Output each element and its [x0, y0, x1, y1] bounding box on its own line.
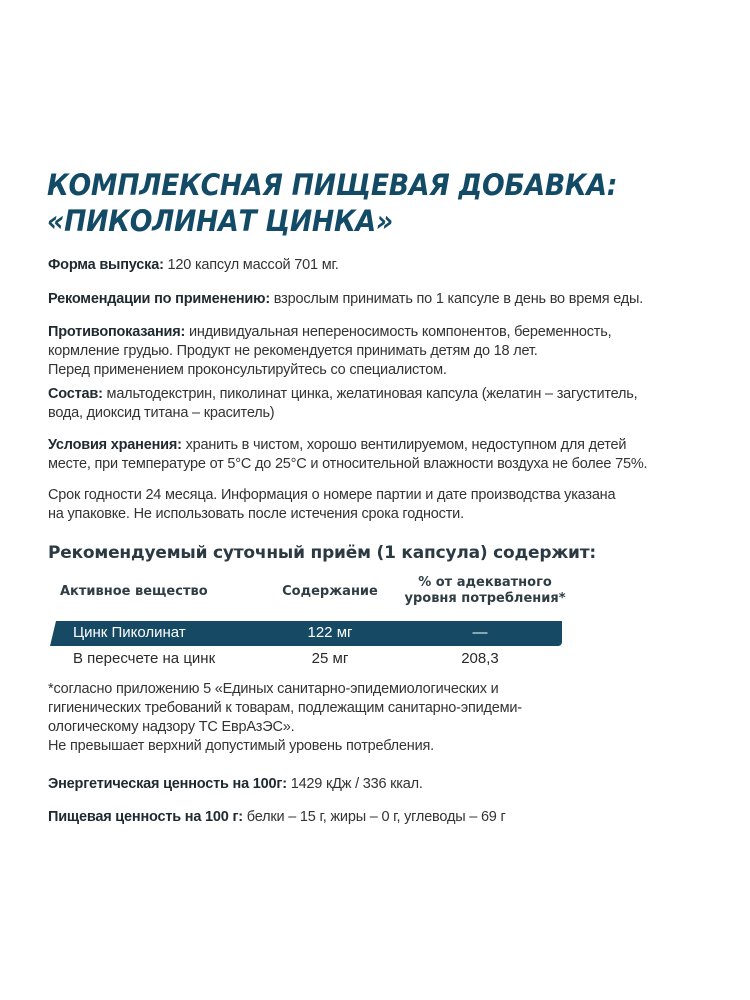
footnote-line-2: гигиенических требований к товарам, подл… [48, 700, 522, 716]
storage-label: Условия хранения: [48, 437, 182, 453]
contraindications-label: Противопоказания: [48, 324, 185, 340]
nutrition-label: Пищевая ценность на 100 г: [48, 809, 243, 825]
contraindications-line-3: Перед применением проконсультируйтесь со… [48, 362, 447, 378]
storage-conditions: Условия хранения: хранить в чистом, хоро… [48, 436, 728, 474]
row-substance: В пересчете на цинк [73, 649, 215, 669]
usage-label: Рекомендации по применению: [48, 291, 270, 307]
storage-line-2: месте, при температуре от 5°С до 25°С и … [48, 456, 647, 472]
row-percent: 208,3 [430, 649, 530, 669]
contraindications-line-1: индивидуальная непереносимость компонент… [185, 324, 611, 340]
energy-label: Энергетическая ценность на 100г: [48, 776, 287, 792]
row-content: 122 мг [270, 623, 390, 643]
shelf-life-line-2: на упаковке. Не использовать после истеч… [48, 506, 464, 522]
storage-line-1: хранить в чистом, хорошо вентилируемом, … [182, 437, 627, 453]
row-substance: Цинк Пиколинат [73, 623, 186, 643]
page-title: КОМПЛЕКСНАЯ ПИЩЕВАЯ ДОБАВКА: «ПИКОЛИНАТ … [47, 167, 617, 239]
composition-line-1: мальтодекстрин, пиколинат цинка, желатин… [103, 386, 638, 402]
column-header-percent-line-1: % от адекватного [418, 575, 552, 590]
contraindications: Противопоказания: индивидуальная неперен… [48, 323, 728, 380]
release-form: Форма выпуска: 120 капсул массой 701 мг. [48, 256, 728, 275]
composition-label: Состав: [48, 386, 103, 402]
contraindications-line-2: кормление грудью. Продукт не рекомендует… [48, 343, 538, 359]
shelf-life: Срок годности 24 месяца. Информация о но… [48, 486, 728, 524]
column-header-percent: % от адекватного уровня потребления* [395, 575, 575, 607]
release-form-value: 120 капсул массой 701 мг. [164, 257, 339, 273]
energy-amount: 1429 кДж / 336 ккал. [287, 776, 423, 792]
title-line-1: КОМПЛЕКСНАЯ ПИЩЕВАЯ ДОБАВКА: [47, 168, 617, 202]
energy-value: Энергетическая ценность на 100г: 1429 кД… [48, 775, 728, 794]
release-form-label: Форма выпуска: [48, 257, 164, 273]
column-header-percent-line-2: уровня потребления* [404, 591, 565, 606]
title-line-2: «ПИКОЛИНАТ ЦИНКА» [47, 204, 393, 238]
usage-recommendations: Рекомендации по применению: взрослым при… [48, 290, 728, 309]
footnote-line-4: Не превышает верхний допустимый уровень … [48, 738, 434, 754]
nutrition-amount: белки – 15 г, жиры – 0 г, углеводы – 69 … [243, 809, 506, 825]
usage-value: взрослым принимать по 1 капсуле в день в… [270, 291, 643, 307]
row-content: 25 мг [270, 649, 390, 669]
composition: Состав: мальтодекстрин, пиколинат цинка,… [48, 385, 728, 423]
composition-line-2: вода, диоксид титана – краситель) [48, 405, 274, 421]
column-header-content: Содержание [270, 584, 390, 600]
nutrition-value: Пищевая ценность на 100 г: белки – 15 г,… [48, 808, 728, 827]
row-percent: — [430, 623, 530, 643]
column-header-substance: Активное вещество [60, 584, 208, 600]
footnote: *согласно приложению 5 «Единых санитарно… [48, 680, 728, 756]
footnote-line-3: ологическому надзору ТС ЕврАзЭС». [48, 719, 294, 735]
footnote-line-1: *согласно приложению 5 «Единых санитарно… [48, 681, 499, 697]
shelf-life-line-1: Срок годности 24 месяца. Информация о но… [48, 487, 615, 503]
daily-intake-heading: Рекомендуемый суточный приём (1 капсула)… [48, 543, 596, 563]
